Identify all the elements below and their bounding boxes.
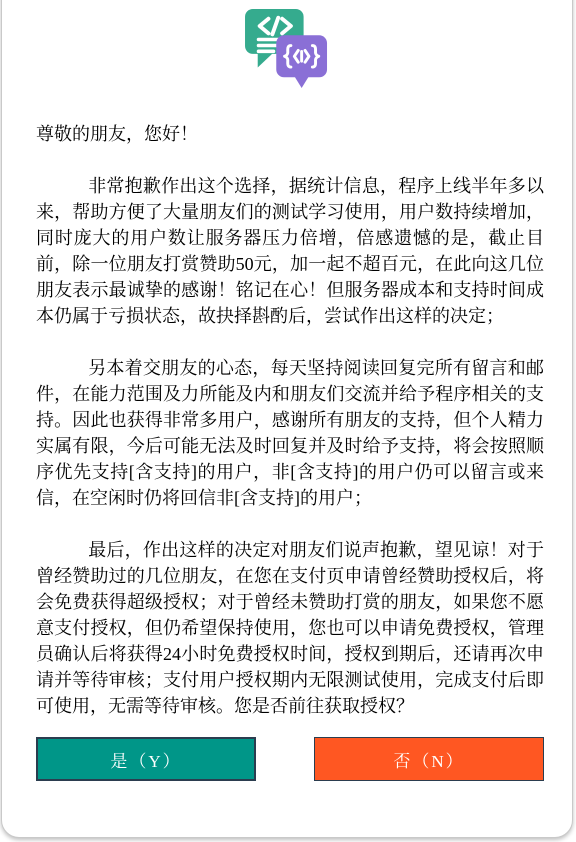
dialog-card: 尊敬的朋友，您好！ 非常抱歉作出这个选择，据统计信息，程序上线半年多以来，帮助方… <box>1 0 573 838</box>
greeting-text: 尊敬的朋友，您好！ <box>36 121 544 147</box>
code-chat-logo-icon <box>243 7 331 89</box>
screenshot-stage: 尊敬的朋友，您好！ 非常抱歉作出这个选择，据统计信息，程序上线半年多以来，帮助方… <box>0 0 576 842</box>
code-chat-purple-bubble-icon <box>276 35 327 88</box>
dialog-button-row: 是（Y） 否（N） <box>36 737 544 781</box>
app-logo <box>2 7 572 89</box>
message-paragraph: 最后，作出这样的决定对朋友们说声抱歉，望见谅！对于曾经赞助过的几位朋友，在您在支… <box>36 537 544 719</box>
no-button[interactable]: 否（N） <box>314 737 544 781</box>
message-body: 尊敬的朋友，您好！ 非常抱歉作出这个选择，据统计信息，程序上线半年多以来，帮助方… <box>36 121 544 719</box>
message-paragraph: 另本着交朋友的心态，每天坚持阅读回复完所有留言和邮件，在能力范围及力所能及内和朋… <box>36 355 544 511</box>
message-paragraph: 非常抱歉作出这个选择，据统计信息，程序上线半年多以来，帮助方便了大量朋友们的测试… <box>36 173 544 329</box>
yes-button[interactable]: 是（Y） <box>36 737 256 781</box>
